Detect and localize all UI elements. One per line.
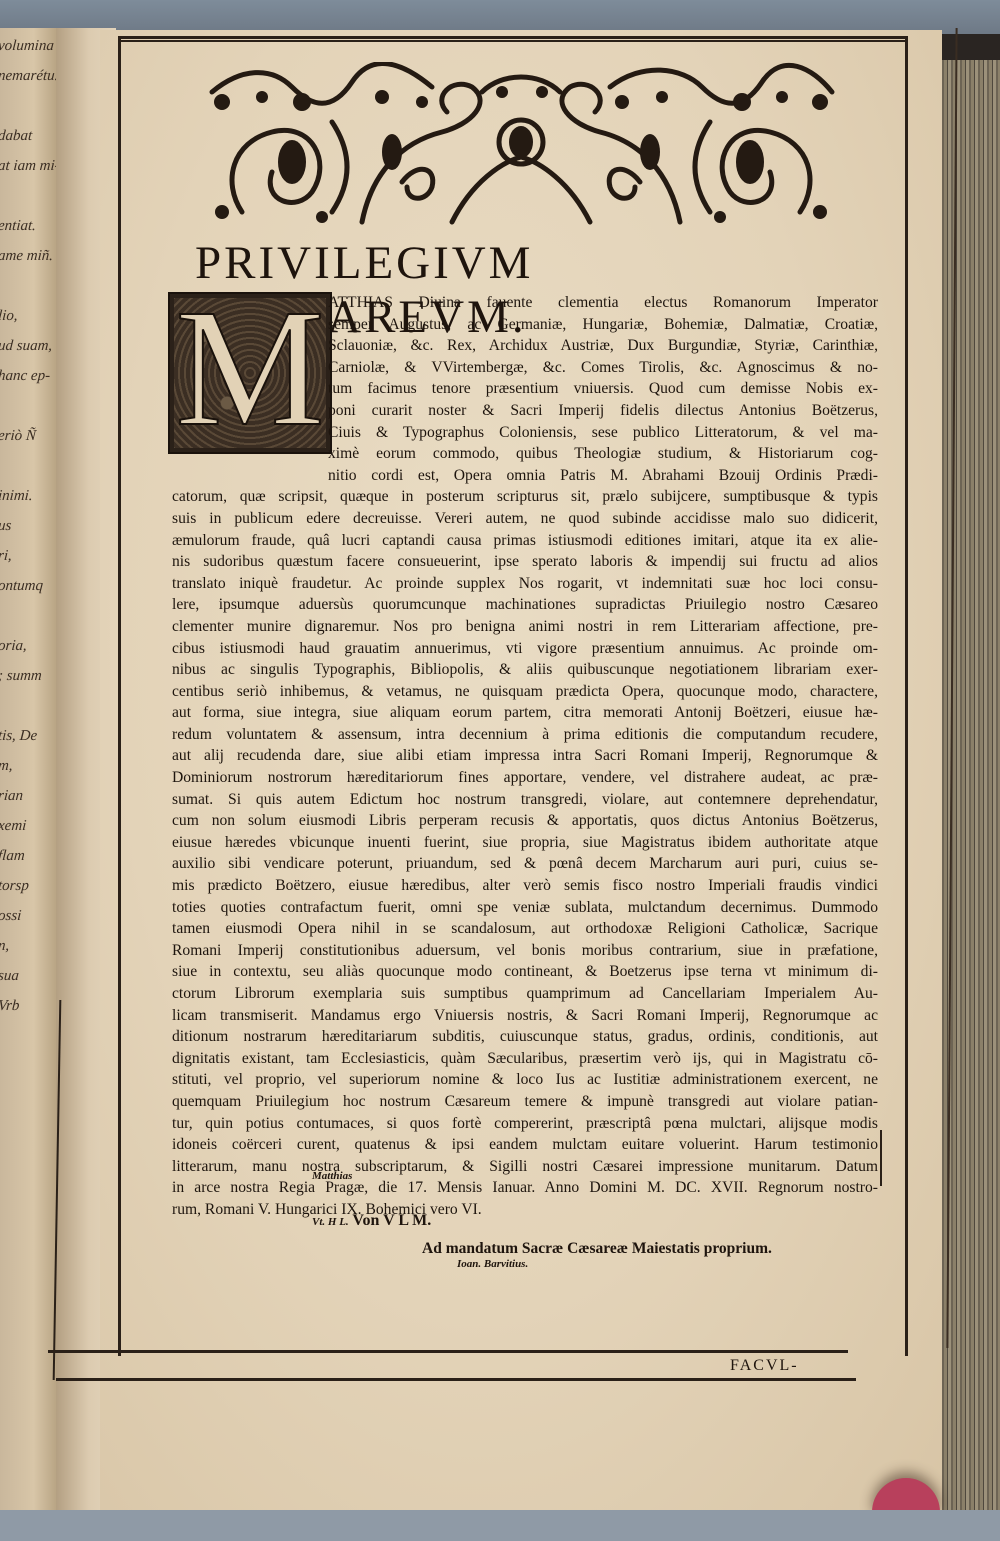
left-page-text-fragment: ; summ — [0, 668, 42, 685]
left-page-text-fragment: oria, — [0, 638, 27, 655]
scan-background-top — [0, 0, 1000, 34]
text-line: Ciuis & Typographus Coloniensis, sese pu… — [172, 422, 878, 444]
text-line: ctorum Librorum exemplaria suis sumptibu… — [172, 983, 878, 1005]
left-page-text-fragment: dabat — [0, 128, 33, 145]
text-line: tum facimus tenore præsentium vniuersis.… — [172, 378, 878, 400]
privilege-body-text: ATTHIAS Diuina fauente clementia electus… — [172, 292, 878, 1221]
bottom-rule-lower — [56, 1378, 856, 1381]
text-line: auxilio sibi vendicare poterunt, priuand… — [172, 853, 878, 875]
left-page-text-fragment: tis, De — [0, 728, 38, 745]
ad-mandatum-line: Ad mandatum Sacræ Cæsareæ Maiestatis pro… — [422, 1240, 772, 1258]
margin-mark — [880, 1130, 882, 1186]
text-line: ditionum nostrarum hæreditariarum subdit… — [172, 1026, 878, 1048]
left-page-text-fragment: volumina — [0, 38, 54, 55]
text-line: quemquam Priuilegium hoc nostrum Cæsareu… — [172, 1091, 878, 1113]
left-page-text-fragment: m, — [0, 758, 13, 775]
text-line: nitio cordi est, Opera omnia Patris M. A… — [172, 465, 878, 487]
text-line: Romani Imperij constitutionibus aduersum… — [172, 940, 878, 962]
text-line: suis in publicum edere decreuisse. Verer… — [172, 508, 878, 530]
left-border-rule — [118, 36, 121, 1356]
text-line: ximè eorum commodo, quibus Theologiæ stu… — [172, 443, 878, 465]
text-line: centibus seriò inhibemus, & vetamus, ne … — [172, 681, 878, 703]
signature-matthias: Matthias — [312, 1170, 352, 1182]
left-page-text-fragment: torsp — [0, 878, 29, 895]
text-line: aut alij recudenda dare, siue alibi etia… — [172, 745, 878, 767]
text-line: nibus ac singulis Typographis, Bibliopol… — [172, 659, 878, 681]
text-line: translato iniquè fraudetur. Ac proinde s… — [172, 573, 878, 595]
left-page-text-fragment: rian — [0, 788, 24, 805]
countersign-prefix: Vt. H L. — [312, 1216, 349, 1228]
left-page-text-fragment: hanc ep- — [0, 368, 51, 385]
text-line: redum voluntatem & assensum, intra decen… — [172, 724, 878, 746]
text-line: Carniolæ, & VVirtembergæ, &c. Comes Tiro… — [172, 357, 878, 379]
left-page-text-fragment: nemarétu. — [0, 68, 58, 85]
text-line: Dominiorum nostrorum hæreditariorum fine… — [172, 767, 878, 789]
text-line: ATTHIAS Diuina fauente clementia electus… — [172, 292, 878, 314]
top-border-rule — [118, 36, 908, 39]
right-border-rule — [905, 36, 908, 1356]
left-facing-page: voluminanemarétu.dabatat iam mi-entiat.a… — [0, 28, 58, 1518]
catchword: FACVL- — [730, 1357, 799, 1375]
text-line: semper Augustus, ac Germaniæ, Hungariæ, … — [172, 314, 878, 336]
text-line: tamen eiusmodi Opera nihil in se scandal… — [172, 918, 878, 940]
left-page-text-fragment: at iam mi- — [0, 158, 58, 175]
signature-countersign: Vt. H L. Von V L M. — [312, 1212, 431, 1230]
text-line: idoneis coërceri curent, quatenus & ipsi… — [172, 1134, 878, 1156]
secretary-signature: Ioan. Barvitius. — [457, 1258, 528, 1270]
text-line: dignitatis existant, tam Ecclesiasticis,… — [172, 1048, 878, 1070]
text-line: licam transmiserit. Mandamus ergo Vniuer… — [172, 1005, 878, 1027]
text-line: in arce nostra Regia Pragæ, die 17. Mens… — [172, 1177, 878, 1199]
text-line: catorum, quæ scripsit, quæque in posteru… — [172, 486, 878, 508]
left-page-text-fragment: inimi. — [0, 488, 33, 505]
left-page-text-fragment: ossi — [0, 908, 22, 925]
left-page-text-fragment: entiat. — [0, 218, 37, 235]
left-page-text-fragment: eriò Ñ — [0, 428, 37, 445]
text-line: siue in contextu, seu aliàs quocunque mo… — [172, 961, 878, 983]
left-page-text-fragment: sua — [0, 968, 19, 985]
text-line: clementer munire dignaremur. Nos pro ben… — [172, 616, 878, 638]
text-line: sumat. Si quis autem Edictum hoc nostrum… — [172, 789, 878, 811]
left-page-text-fragment: ontumq — [0, 578, 44, 595]
text-line: stituti, vel proprio, vel superiorum nom… — [172, 1069, 878, 1091]
text-line: cibus istiusmodi haud grauatim annuerimu… — [172, 638, 878, 660]
left-page-text-fragment: n, — [0, 938, 10, 955]
text-line: toties quoties contrafactum fuerit, omni… — [172, 897, 878, 919]
text-line: litterarum, manu nostra subscriptarum, &… — [172, 1156, 878, 1178]
left-page-text-fragment: ame miñ. — [0, 248, 54, 265]
text-line: rum, Romani V. Hungarici IX. Bohemici ve… — [172, 1199, 878, 1221]
text-line: lere, ipsumque aduersùs quorumcunque mac… — [172, 594, 878, 616]
left-page-text-fragment: flam — [0, 848, 25, 865]
text-line: Sclauoniæ, &c. Rex, Archidux Austriæ, Du… — [172, 335, 878, 357]
top-border-rule-inner — [118, 40, 908, 42]
left-page-text-fragment: us — [0, 518, 12, 535]
text-line: eiusue hæredes vbicunque inuenti fuerint… — [172, 832, 878, 854]
countersign-main: Von V L M. — [352, 1212, 431, 1229]
left-page-text-fragment: ri, — [0, 548, 12, 565]
bottom-rule-upper — [48, 1350, 848, 1353]
ornamental-headpiece — [202, 62, 840, 230]
left-page-text-fragment: lio, — [0, 308, 18, 325]
text-line: nis sudoribus quæstum facere consueuerin… — [172, 551, 878, 573]
left-page-text-fragment: xemi — [0, 818, 27, 835]
text-line: poni curarit noster & Sacri Imperij fide… — [172, 400, 878, 422]
text-line: mis prædicto Boëtzero, eiusue hæredibus,… — [172, 875, 878, 897]
text-line: tur, quin potius contumaces, si quos for… — [172, 1113, 878, 1135]
text-line: æmulorum fraude, quâ lucri captandi caus… — [172, 530, 878, 552]
scan-background-bottom — [0, 1510, 1000, 1541]
left-page-text-fragment: Vrb — [0, 998, 20, 1015]
text-line: aut forma, siue integra, siue aliquam eo… — [172, 702, 878, 724]
text-line: cum non solum eiusmodi Libris perperam r… — [172, 810, 878, 832]
left-page-text-fragment: ud suam, — [0, 338, 53, 355]
